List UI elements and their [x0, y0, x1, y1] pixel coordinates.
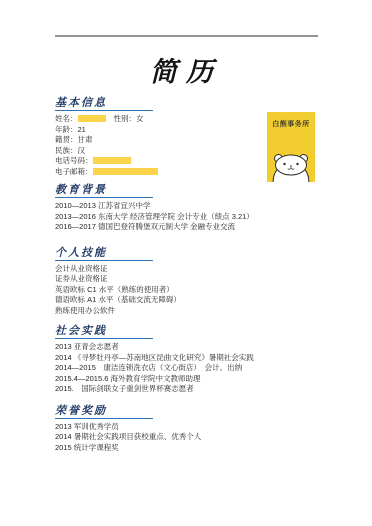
top-rule [55, 35, 318, 37]
section-heading-education: 教育背景 [55, 184, 153, 198]
practice-item: 2014 《寻梦牡丹亭—苏南地区昆曲文化研究》暑期社会实践 [55, 353, 267, 364]
email-redaction-box [93, 168, 158, 175]
field-name-gender: 姓名：性别：女 [55, 114, 267, 125]
field-hometown: 籍贯：甘肃 [55, 135, 267, 146]
email-label: 电子邮箱： [55, 167, 93, 176]
badge-card: 白熊事务所 [267, 112, 315, 182]
ethnicity-value: 汉 [78, 146, 86, 155]
practice-item: 2015. 国际剑联女子重剑世界杯赛志愿者 [55, 384, 267, 395]
resume-page: 简历 基本信息 姓名：性别：女 年龄：21 籍贯：甘肃 民族：汉 电话号码： [0, 0, 372, 526]
resume-title: 简历 [0, 50, 372, 89]
field-email: 电子邮箱： [55, 167, 267, 178]
practice-item: 2015.4—2015.6 海外教育学院中文教师助理 [55, 374, 267, 385]
skill-item: 英语欧标 C1 水平（熟练的使用者） [55, 285, 267, 296]
education-item: 2016—2017 德国巴登符腾堡双元制大学 金融专业交流 [55, 222, 267, 233]
ethnicity-label: 民族： [55, 146, 78, 155]
section-heading-honors: 荣誉奖励 [55, 405, 153, 419]
name-label: 姓名： [55, 114, 78, 123]
education-item: 2013—2016 东南大学 经济管理学院 会计专业（绩点 3.21） [55, 212, 267, 223]
badge-label: 白熊事务所 [267, 119, 315, 129]
name-redaction-box [78, 115, 106, 122]
hometown-value: 甘肃 [78, 135, 93, 144]
white-bear-icon [269, 153, 313, 182]
skill-item: 熟练使用办公软件 [55, 306, 267, 317]
age-value: 21 [78, 125, 86, 134]
field-phone: 电话号码： [55, 156, 267, 167]
section-skills: 个人技能 会计从业资格证 证券从业资格证 英语欧标 C1 水平（熟练的使用者） … [55, 247, 267, 317]
skill-item: 证券从业资格证 [55, 274, 267, 285]
education-item: 2010—2013 江苏省宜兴中学 [55, 201, 267, 212]
phone-label: 电话号码： [55, 156, 93, 165]
hometown-label: 籍贯： [55, 135, 78, 144]
field-ethnicity: 民族：汉 [55, 146, 267, 157]
phone-redaction-box [93, 157, 131, 164]
honor-item: 2013 军训优秀学员 [55, 422, 267, 433]
practice-item: 2014—2015 康洁连锁洗衣店（文心街店） 会计、出纳 [55, 363, 267, 374]
honor-item: 2014 暑期社会实践项目获校重点、优秀个人 [55, 432, 267, 443]
section-basic-info: 基本信息 姓名：性别：女 年龄：21 籍贯：甘肃 民族：汉 电话号码： [55, 97, 267, 177]
age-label: 年龄： [55, 125, 78, 134]
skill-item: 德语欧标 A1 水平（基础交流无障碍） [55, 295, 267, 306]
section-heading-practice: 社会实践 [55, 325, 153, 339]
section-heading-skills: 个人技能 [55, 247, 153, 261]
resume-content: 基本信息 姓名：性别：女 年龄：21 籍贯：甘肃 民族：汉 电话号码： [55, 97, 267, 453]
section-education: 教育背景 2010—2013 江苏省宜兴中学 2013—2016 东南大学 经济… [55, 184, 267, 233]
section-heading-basic: 基本信息 [55, 97, 153, 111]
field-age: 年龄：21 [55, 125, 267, 136]
gender-value: 性别：女 [114, 114, 144, 123]
practice-item: 2013 亚青会志愿者 [55, 342, 267, 353]
skill-item: 会计从业资格证 [55, 264, 267, 275]
section-honors: 荣誉奖励 2013 军训优秀学员 2014 暑期社会实践项目获校重点、优秀个人 … [55, 405, 267, 454]
section-practice: 社会实践 2013 亚青会志愿者 2014 《寻梦牡丹亭—苏南地区昆曲文化研究》… [55, 325, 267, 395]
honor-item: 2015 统计学课程奖 [55, 443, 267, 454]
